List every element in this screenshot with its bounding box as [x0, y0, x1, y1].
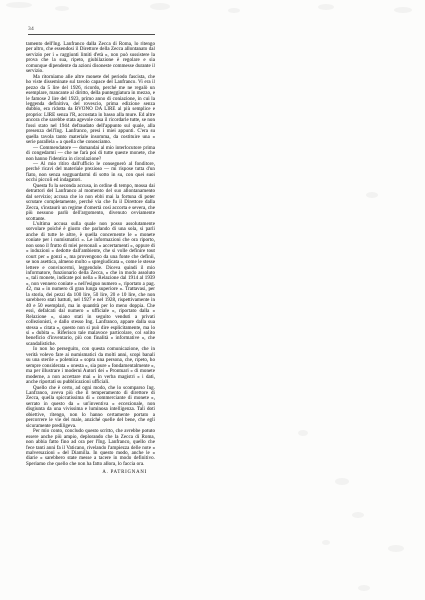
paragraph: — Commendatore — domandai al mio interlo…: [26, 146, 155, 162]
scan-noise-spot: [366, 192, 378, 198]
header-rule: [28, 34, 155, 35]
scan-noise-spot: [318, 4, 334, 10]
scan-noise-spot: [55, 6, 69, 11]
paragraph-list: tamento dell'Ing. Lanfranco dalla Zecca …: [26, 42, 155, 467]
scan-noise-spot: [6, 2, 32, 8]
paragraph: L'ultima accusa sulla quale non posso as…: [26, 222, 155, 347]
paragraph: Io non ho perseguito, con questa comunic…: [26, 347, 155, 385]
scan-noise-spot: [352, 512, 364, 518]
scanned-page: 34 tamento dell'Ing. Lanfranco dalla Zec…: [0, 0, 425, 600]
paragraph: — Al mio ritiro dall'ufficio le consegne…: [26, 162, 155, 184]
scan-noise-spot: [335, 478, 349, 485]
scan-noise-spot: [150, 3, 170, 10]
author-signature: A. PATRIGNANI: [26, 470, 155, 475]
paragraph: Ma ritorniamo alle altre monete del peri…: [26, 75, 155, 146]
scan-noise-spot: [228, 8, 240, 13]
scan-noise-spot: [388, 545, 404, 552]
article-text: tamento dell'Ing. Lanfranco dalla Zecca …: [26, 42, 155, 476]
scan-noise-spot: [322, 540, 330, 545]
scan-noise-spot: [358, 585, 370, 591]
paragraph: tamento dell'Ing. Lanfranco dalla Zecca …: [26, 42, 155, 75]
paragraph: Per mio conto, concludo questo scritto, …: [26, 429, 155, 467]
paragraph: Questa fu la seconda accusa, in ordine d…: [26, 184, 155, 222]
paragraph: Quello che è certo, ad ogni modo, che lo…: [26, 386, 155, 430]
scan-noise-spot: [394, 7, 412, 13]
page-number: 34: [28, 26, 34, 32]
scan-noise-spot: [298, 430, 308, 436]
